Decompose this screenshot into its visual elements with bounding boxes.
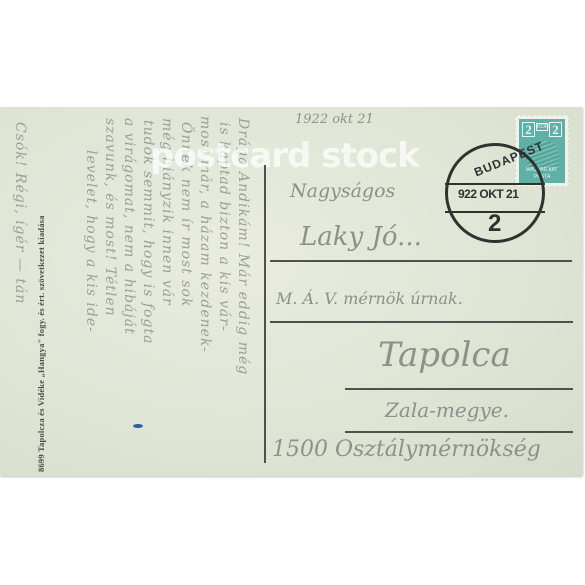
postmark: BUDAPEST 922 OKT 21 2 bbox=[445, 143, 545, 243]
message-line: levelet, hogy a kis ide- bbox=[83, 150, 99, 333]
address-name: Laky Jó... bbox=[300, 222, 422, 252]
message-line: Csók! Régi, ígér — tán bbox=[12, 122, 28, 304]
ink-spot bbox=[133, 424, 143, 428]
stamp-value: 2 bbox=[549, 122, 562, 137]
address-county: Zala-megye. bbox=[385, 398, 509, 422]
message-line: a virágomat, nem a hibáját bbox=[121, 118, 137, 335]
postmark-office-number: 2 bbox=[488, 210, 501, 238]
address-city: Tapolca bbox=[378, 335, 511, 375]
address-salutation: Nagyságos bbox=[290, 180, 395, 202]
message-line: szavunk, és most! Tétlen bbox=[102, 118, 118, 317]
address-title: M. Á. V. mérnök úrnak. bbox=[276, 289, 463, 308]
address-line bbox=[345, 388, 573, 390]
address-line bbox=[270, 321, 573, 323]
watermark: postcard stock bbox=[150, 136, 419, 176]
address-department: 1500 Osztálymérnökség bbox=[272, 437, 541, 462]
publisher-imprint: 8699 Tapolcza és Vidéke „Hangya" fogy. é… bbox=[36, 112, 52, 472]
stamp-value: 2 bbox=[522, 122, 535, 137]
postmark-date: 922 OKT 21 bbox=[458, 187, 518, 201]
stamp-currency: KORONA bbox=[536, 123, 548, 131]
address-line bbox=[270, 260, 572, 262]
divider-line bbox=[264, 165, 266, 463]
address-line bbox=[345, 431, 573, 433]
date-note: 1922 okt 21 bbox=[295, 112, 374, 127]
